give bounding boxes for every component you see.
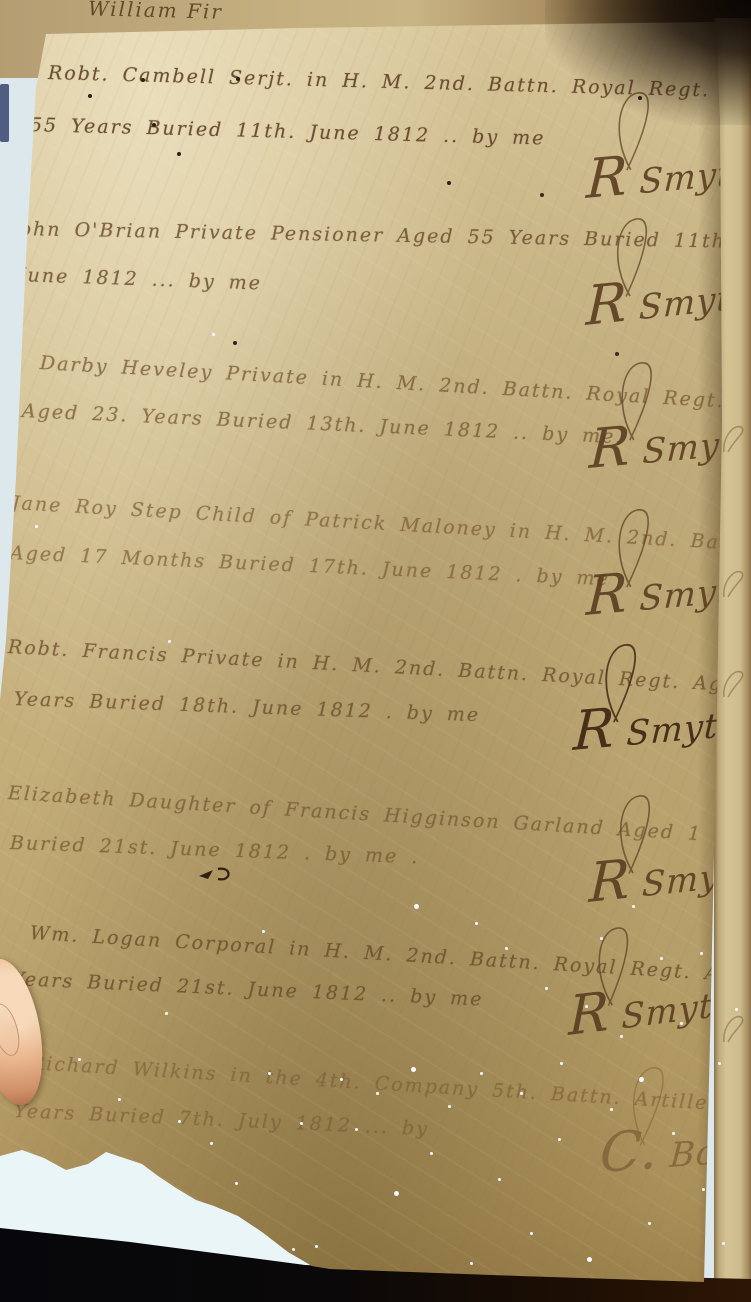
edge-writing-marks xyxy=(720,663,746,703)
paper-texture xyxy=(0,0,751,1302)
ink-blot xyxy=(196,864,240,886)
page-corner-shadow xyxy=(545,0,751,125)
edge-writing-marks xyxy=(720,418,746,458)
edge-writing-marks xyxy=(720,1008,746,1048)
edge-writing-marks xyxy=(720,563,746,603)
document-photo: William Fir Robt. Cambell Serjt. in H. M… xyxy=(0,0,751,1302)
book-spine-sliver xyxy=(0,84,9,142)
register-page: Robt. Cambell Serjt. in H. M. 2nd. Battn… xyxy=(0,0,751,1302)
previous-page-text: William Fir xyxy=(88,0,223,24)
fingernail xyxy=(0,1000,25,1059)
dust-specks xyxy=(0,0,3,3)
